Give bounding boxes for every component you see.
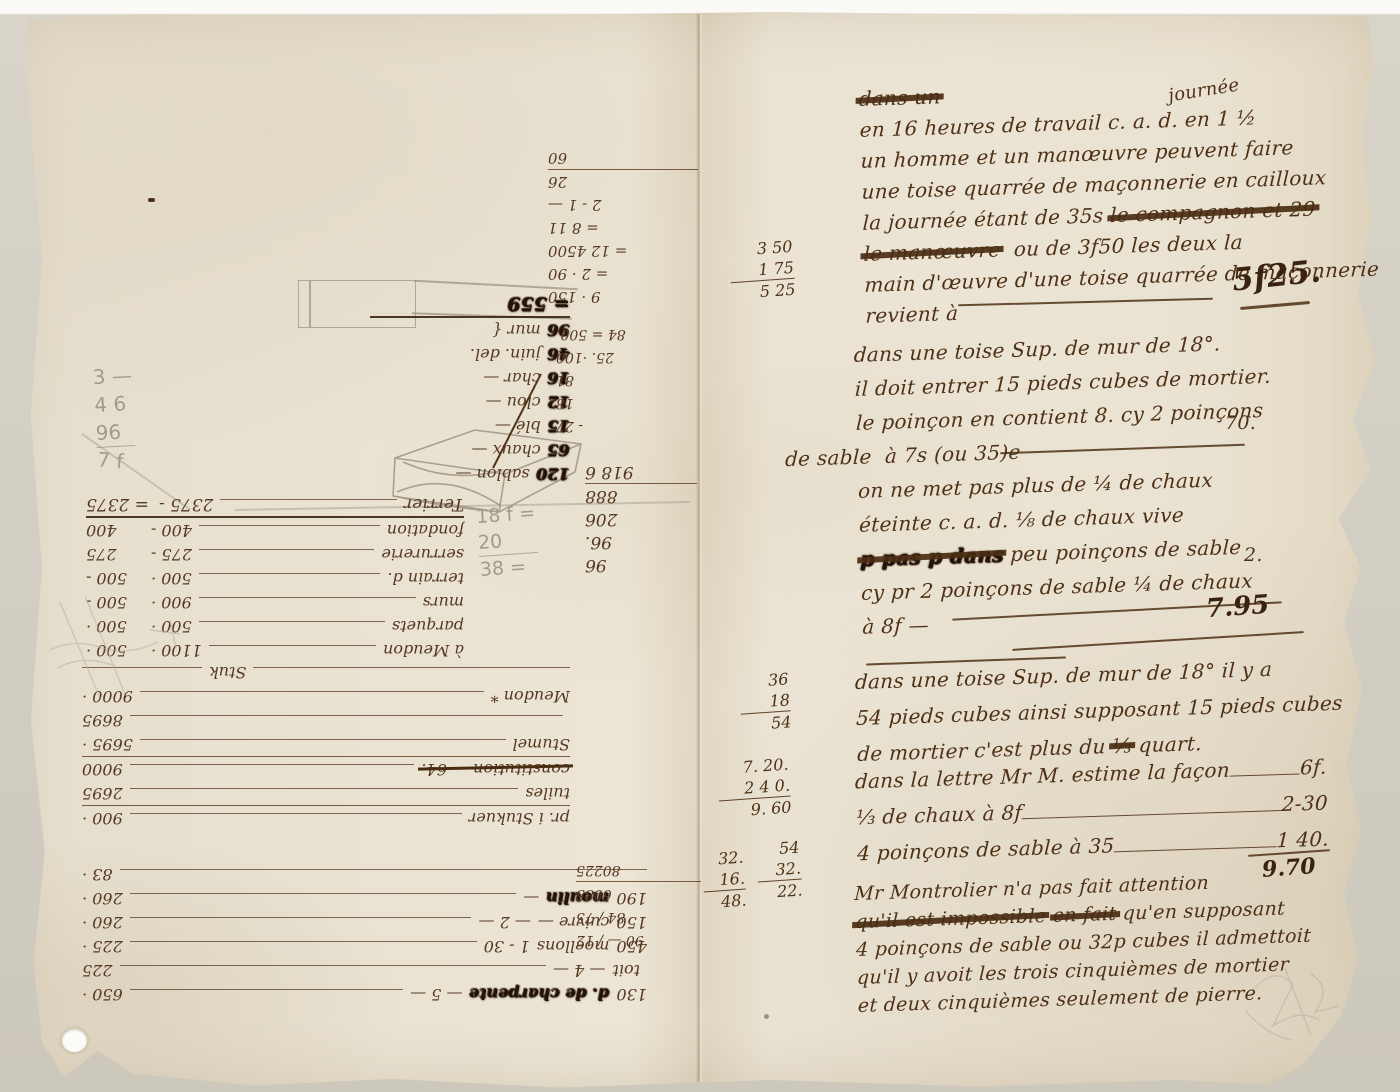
pencil-value: 20 <box>477 526 538 557</box>
scribble-value: 60 <box>548 146 698 170</box>
dash-line <box>130 989 403 999</box>
amount: 225 · <box>82 934 123 958</box>
dash-line <box>1114 846 1276 852</box>
dash-line <box>130 917 472 927</box>
pencil-value: 38 = <box>479 553 540 583</box>
scribble-value: = 12 4500 <box>548 239 698 262</box>
scribble-value: 81 <box>556 368 651 391</box>
ink-speck <box>148 198 155 202</box>
subtotal-value: 7.95 <box>1205 590 1270 624</box>
sum-value: 22. <box>758 878 803 903</box>
sum-value: 5 25 <box>731 278 796 304</box>
strikethrough-text: p pas p dans <box>860 537 1005 576</box>
flipped-materials-column: 120sablon — 65chaux — 15blé — 12clou — 1… <box>370 292 570 486</box>
dash-line <box>220 499 397 509</box>
dash-line <box>199 549 374 559</box>
pencil-calculation: 18 f = 20 38 = <box>475 500 539 583</box>
account-label: murs <box>423 590 464 614</box>
margin-word: de sable <box>785 444 873 471</box>
dash-line <box>1230 773 1300 776</box>
ledger-label: constitution — 64. <box>422 757 571 781</box>
quantity: 130 <box>616 982 647 1006</box>
amount: 8695 <box>82 708 123 732</box>
estimate-list: dans la lettre Mr M. estime la façon6f. … <box>854 749 1329 872</box>
dash-line <box>130 764 415 774</box>
addend: 32. <box>756 857 801 881</box>
quantity: 120 <box>537 462 570 486</box>
pencil-value: 18 f = <box>475 500 536 530</box>
dash-line <box>120 965 546 975</box>
amount: 83 · <box>82 862 113 886</box>
addend: 96. <box>585 530 697 553</box>
account-label: Terrier <box>404 492 464 516</box>
punch-hole <box>62 1029 87 1052</box>
amount: 500 · <box>151 566 192 590</box>
dash-line <box>253 667 570 677</box>
scribble-value: 9 · 150 <box>548 285 698 308</box>
material-label: mur { <box>492 318 540 342</box>
line-value: 2. <box>1244 544 1263 566</box>
addend: 32. <box>701 847 744 871</box>
amount: 275 - <box>151 542 192 566</box>
account-label: serrurerie <box>381 542 464 566</box>
ledger-label: Meudon * <box>491 684 570 708</box>
margin-sum: 7. 20. 2 4 0. 9. 60 <box>716 754 792 823</box>
scribble-value: 84 ∕ 75 <box>576 905 701 928</box>
handwritten-line: à 7s (ou 35)e <box>885 440 1022 468</box>
pencil-value: 4 6 <box>94 389 135 419</box>
dash-line <box>120 869 647 879</box>
estimate-value: 2-30 <box>1281 785 1329 823</box>
handwritten-line: qu'en supposant <box>1122 897 1285 924</box>
item-label: toit <box>612 958 640 982</box>
item-label: d. de charpente <box>469 982 609 1006</box>
dash-line <box>130 715 563 725</box>
account-label: terrain d. <box>387 566 464 590</box>
material-label: sablon — <box>455 462 529 486</box>
material-label: blé — <box>495 414 541 438</box>
sum-value: 918 6 <box>585 460 697 484</box>
dash-line <box>199 525 380 535</box>
sketch-divider-line <box>309 281 311 327</box>
account-label: fondation <box>387 518 464 542</box>
line-value: 70. <box>1225 412 1256 434</box>
material-label: char — <box>483 366 541 390</box>
sum-value: 48. <box>704 889 747 914</box>
unit-price: — 4 — <box>553 958 605 982</box>
material-label: chaux — <box>472 438 541 462</box>
amount: 225 <box>82 958 113 982</box>
unit-price: — 2 — <box>478 910 530 934</box>
scribble-value: 26 <box>548 170 698 193</box>
addend: 888 <box>585 484 697 507</box>
scribble-value: 2 - 1 — <box>548 193 698 216</box>
ledger-label: pr. i Stukuer <box>469 806 570 830</box>
scribble-value: = 8 11 <box>548 216 698 239</box>
amount: 9000 <box>82 757 123 781</box>
dash-line <box>199 573 381 583</box>
amount: 400 - <box>151 518 192 542</box>
amount: 900 · <box>82 806 123 830</box>
amount: 400 <box>86 518 144 542</box>
sum-value: 54 <box>741 710 792 735</box>
handwritten-line: peu poinçons de sable <box>1010 535 1242 566</box>
ledger-label: Stumel <box>513 732 570 756</box>
scribble-value: 90 — ∕ 12 <box>576 928 701 951</box>
material-label: juin. del. <box>470 342 541 366</box>
flipped-calculation-block: 9 · 150 = 2 · 90 = 12 4500 = 8 11 2 - 1 … <box>548 146 698 308</box>
amount: 5695 · <box>82 732 133 756</box>
margin-sum: 36 18 54 <box>738 668 792 735</box>
dash-line <box>130 941 477 951</box>
handwritten-paragraph: dans une toise Sup. de mur de 18°. il do… <box>853 322 1362 644</box>
dash-line <box>130 813 462 823</box>
amount: 500 - <box>86 566 144 590</box>
pencil-value: 96 <box>95 417 136 448</box>
scribble-value: 18 <box>556 391 651 414</box>
margin-sum: 3 50 1 75 5 25 <box>728 236 796 304</box>
sum-value: = 559 <box>508 292 570 316</box>
amount: 650 · <box>82 982 123 1006</box>
ledger-label: tuiles <box>525 781 570 805</box>
dash-line <box>130 788 519 798</box>
ink-speck <box>764 1014 769 1019</box>
unit-price: — 5 — <box>410 982 462 1006</box>
flipped-priced-rows: 130d. de charpente— 5 —650 · toit— 4 —22… <box>82 862 647 1006</box>
pencil-value: 3 — <box>92 361 133 391</box>
scribble-value: 80225 <box>576 858 701 882</box>
pencil-value: 7 f <box>96 445 137 476</box>
scribble-value: - 27 <box>556 414 651 437</box>
estimate-value: 6f. <box>1299 749 1327 786</box>
flipped-addition-block: 96 96. 206 888 918 6 <box>585 460 697 576</box>
scribble-value: 6085 <box>576 882 701 905</box>
handwritten-line: ou de 3f50 les deux la <box>1013 230 1243 261</box>
dash-line <box>130 893 517 903</box>
margin-sum: 54 32. 22. <box>755 837 803 904</box>
strikethrough-text: le manœuvre <box>863 234 1001 269</box>
scribble-value: 84 = 500. <box>556 322 651 345</box>
addend: 96 <box>585 553 697 576</box>
addend: 206 <box>585 507 697 530</box>
unit-price: 1 - 30 <box>484 934 530 958</box>
margin-sum: 32. 16. 48. <box>701 847 747 914</box>
material-label: clou — <box>486 390 541 414</box>
strikethrough-text: dans un <box>858 81 941 115</box>
unit-price: — <box>523 886 539 910</box>
handwritten-paragraph: Mr Montrolier n'a pas fait attention qu'… <box>854 864 1368 1020</box>
addend: 18 <box>739 689 790 713</box>
account-label: à Meudon <box>383 638 464 662</box>
quantity: 65 <box>548 438 570 462</box>
amount: 275 <box>86 542 144 566</box>
scribble-value: = 2 · 90 <box>548 262 698 285</box>
amount: = 2375 <box>86 492 152 516</box>
estimate-item: ⅓ de chaux à 8f <box>855 794 1022 835</box>
pencil-calculation: 3 — 4 6 96 7 f <box>92 361 137 476</box>
dash-line <box>140 739 506 749</box>
flipped-calculation-block: - 27 18 81 25. ·100 84 = 500. <box>556 322 651 437</box>
amount: 260 · <box>82 886 123 910</box>
amount: 260 · <box>82 910 123 934</box>
strikethrough-text: en fait <box>1052 900 1117 930</box>
scribble-value: 25. ·100 <box>556 345 651 368</box>
pencil-scribble <box>30 590 235 710</box>
account-label: parquets <box>392 614 464 638</box>
addend: 16. <box>702 868 745 892</box>
amount: 2695 <box>82 781 123 805</box>
flipped-division-block: 90 — ∕ 12 84 ∕ 75 6085 80225 <box>576 858 701 951</box>
dash-line <box>1022 810 1282 819</box>
handwritten-line: la journée étant de 35s <box>862 203 1104 235</box>
amount: 2375 - <box>159 492 213 516</box>
